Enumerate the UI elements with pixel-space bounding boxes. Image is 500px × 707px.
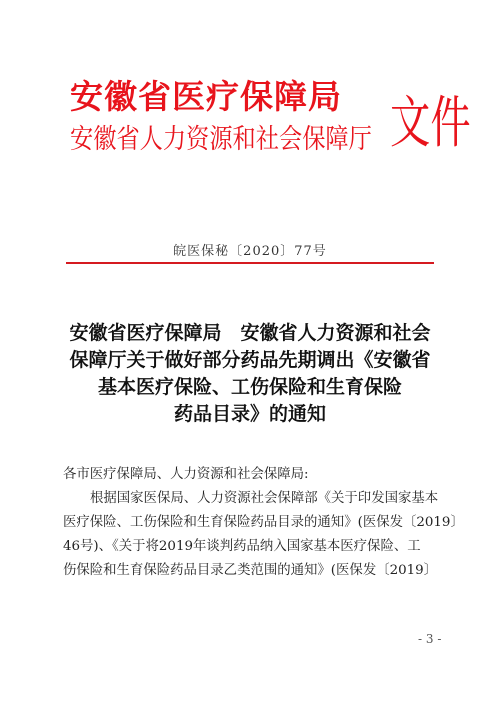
title-line: 基本医疗保险、工伤保险和生育保险 bbox=[40, 374, 460, 401]
document-title: 安徽省医疗保障局 安徽省人力资源和社会 保障厅关于做好部分药品先期调出《安徽省 … bbox=[40, 320, 460, 428]
body-line: 医疗保险、工伤保险和生育保险药品目录的通知》(医保发〔2019〕 bbox=[63, 511, 443, 535]
document-body: 各市医疗保障局、人力资源和社会保障局: 根据国家医保局、人力资源社会保障部《关于… bbox=[63, 463, 443, 583]
title-line: 药品目录》的通知 bbox=[40, 401, 460, 428]
issuer-line-2: 安徽省人力资源和社会保障厅 bbox=[70, 124, 372, 156]
issuer-line-1: 安徽省医疗保障局 bbox=[70, 78, 342, 116]
body-line: 46号)、《关于将2019年谈判药品纳入国家基本医疗保险、工 bbox=[63, 535, 443, 559]
body-line: 伤保险和生育保险药品目录乙类范围的通知》(医保发〔2019〕 bbox=[63, 559, 443, 583]
page-number: - 3 - bbox=[418, 632, 441, 646]
title-line: 安徽省医疗保障局 安徽省人力资源和社会 bbox=[40, 320, 460, 347]
title-line: 保障厅关于做好部分药品先期调出《安徽省 bbox=[40, 347, 460, 374]
document-number: 皖医保秘〔2020〕77号 bbox=[0, 240, 500, 259]
body-line: 根据国家医保局、人力资源社会保障部《关于印发国家基本 bbox=[63, 487, 443, 511]
red-divider bbox=[66, 262, 434, 264]
document-header: 安徽省医疗保障局 安徽省人力资源和社会保障厅 文件 bbox=[70, 78, 440, 178]
salutation: 各市医疗保障局、人力资源和社会保障局: bbox=[63, 463, 443, 487]
document-word: 文件 bbox=[390, 86, 471, 162]
